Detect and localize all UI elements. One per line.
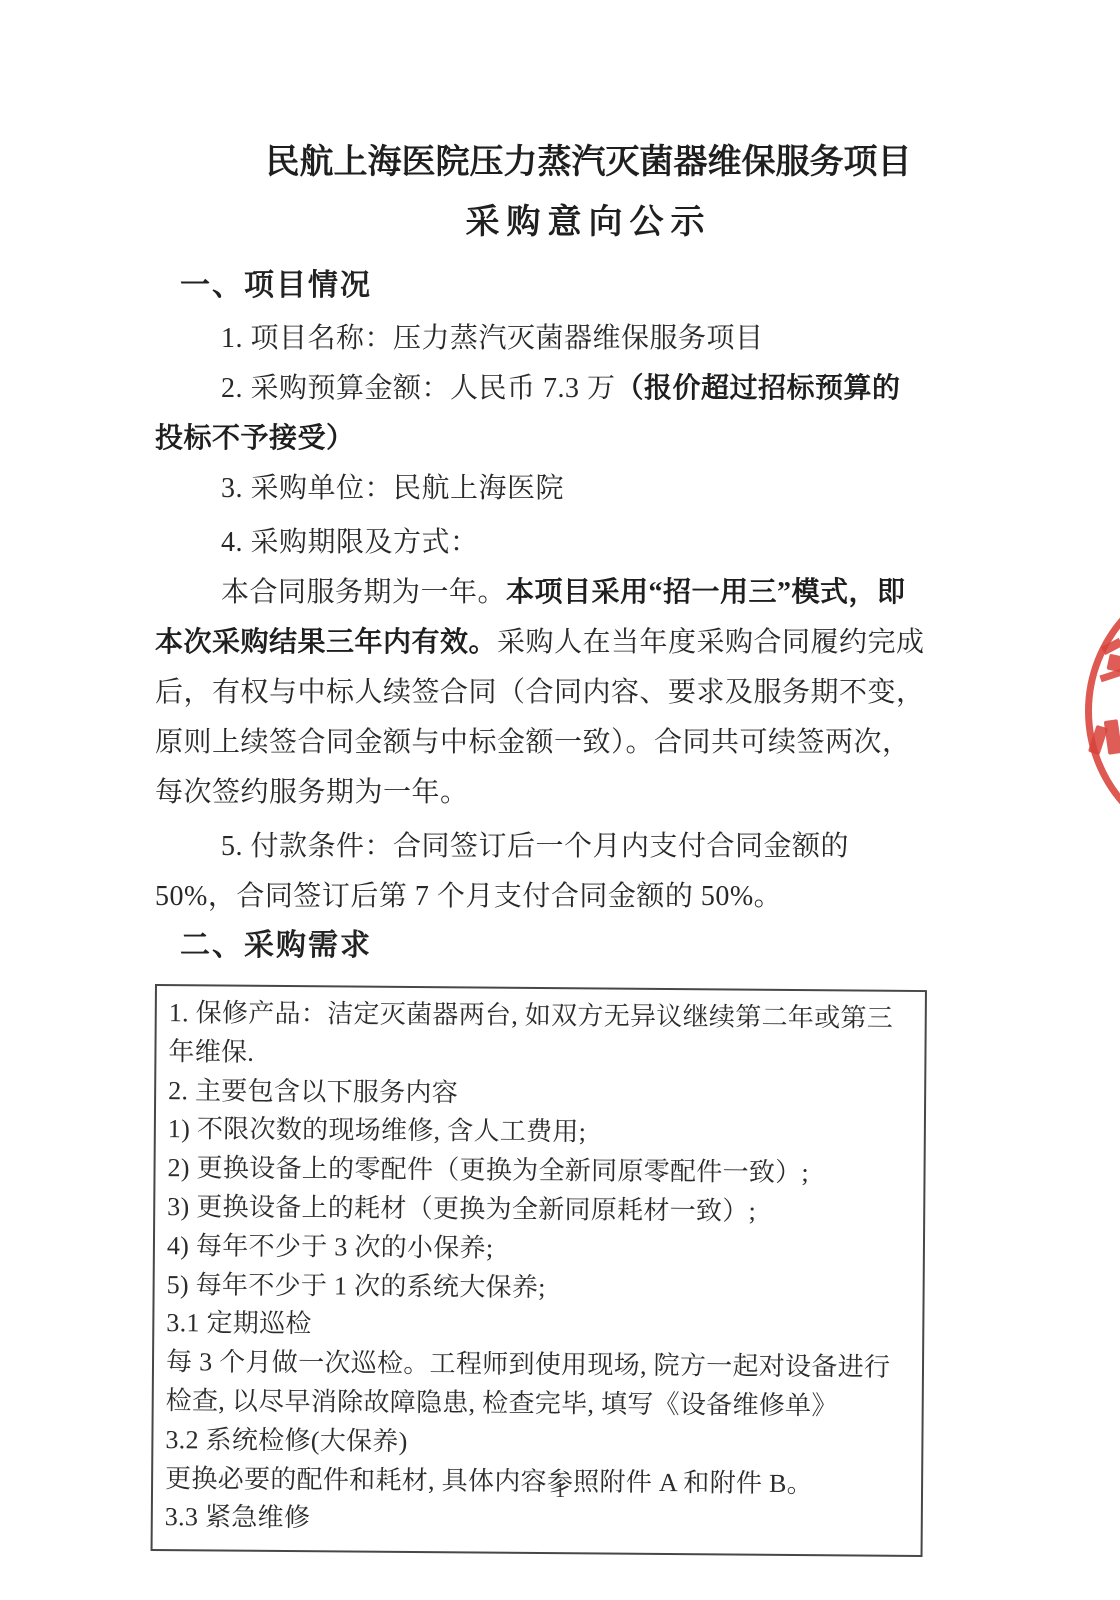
requirement-line: 3) 更换设备上的耗材（更换为全新同原耗材一致）;: [167, 1188, 911, 1233]
item-project-name: 1. 项目名称：压力蒸汽灭菌器维保服务项目: [155, 314, 927, 364]
requirement-line: 5) 每年不少于 1 次的系统大保养;: [166, 1266, 910, 1311]
item-purchasing-unit: 3. 采购单位：民航上海医院: [155, 464, 927, 514]
document-page: 民航上海医院压力蒸汽灭菌器维保服务项目 采购意向公示 一、项目情况 1. 项目名…: [0, 0, 1120, 1600]
requirement-line: 3.1 定期巡检: [166, 1304, 910, 1349]
document-title-line1: 民航上海医院压力蒸汽灭菌器维保服务项目: [155, 140, 927, 184]
red-seal-character-fragment: [1106, 654, 1120, 673]
requirement-line: 1) 不限次数的现场维修, 含人工费用;: [168, 1110, 912, 1155]
red-seal-character-fragment: [1101, 638, 1120, 655]
red-seal-stamp: [1080, 600, 1120, 820]
section-heading-project: 一、项目情况: [180, 266, 927, 306]
red-seal-circle-icon: [1085, 600, 1120, 820]
term-paragraph-normal1: 本合同服务期为一年。: [221, 577, 506, 608]
requirement-line: 3.3 紧急维修: [165, 1498, 909, 1543]
item-budget-normal: 2. 采购预算金额：人民币 7.3 万: [221, 373, 616, 404]
item-payment-terms: 5. 付款条件：合同签订后一个月内支付合同金额的 50%，合同签订后第 7 个月…: [155, 822, 927, 922]
document-content: 民航上海医院压力蒸汽灭菌器维保服务项目 采购意向公示 一、项目情况 1. 项目名…: [155, 140, 927, 1551]
red-seal-character-fragment: [1099, 669, 1120, 682]
requirements-box: 1. 保修产品：洁定灭菌器两台, 如双方无异议继续第二年或第三年维保. 2. 主…: [151, 984, 927, 1557]
red-seal-character-fragment: [1104, 719, 1120, 755]
requirement-line: 2. 主要包含以下服务内容: [168, 1072, 912, 1117]
section-heading-requirements: 二、采购需求: [180, 926, 927, 966]
page-number: 1: [0, 1478, 1120, 1503]
red-seal-character-fragment: [1088, 725, 1108, 755]
item-term-label: 4. 采购期限及方式：: [155, 518, 927, 568]
item-budget: 2. 采购预算金额：人民币 7.3 万（报价超过招标预算的投标不予接受）: [155, 364, 927, 464]
requirement-line: 每 3 个月做一次巡检。工程师到使用现场, 院方一起对设备进行检查, 以尽早消除…: [166, 1343, 911, 1426]
document-title-line2: 采购意向公示: [155, 200, 927, 244]
term-paragraph: 本合同服务期为一年。本项目采用“招一用三”模式，即本次采购结果三年内有效。采购人…: [155, 568, 927, 818]
requirement-line: 4) 每年不少于 3 次的小保养;: [167, 1227, 911, 1272]
requirement-line: 1. 保修产品：洁定灭菌器两台, 如双方无异议继续第二年或第三年维保.: [168, 994, 913, 1077]
requirement-line: 2) 更换设备上的零配件（更换为全新同原零配件一致）;: [167, 1149, 911, 1194]
requirement-line: 3.2 系统检修(大保养): [165, 1421, 909, 1466]
